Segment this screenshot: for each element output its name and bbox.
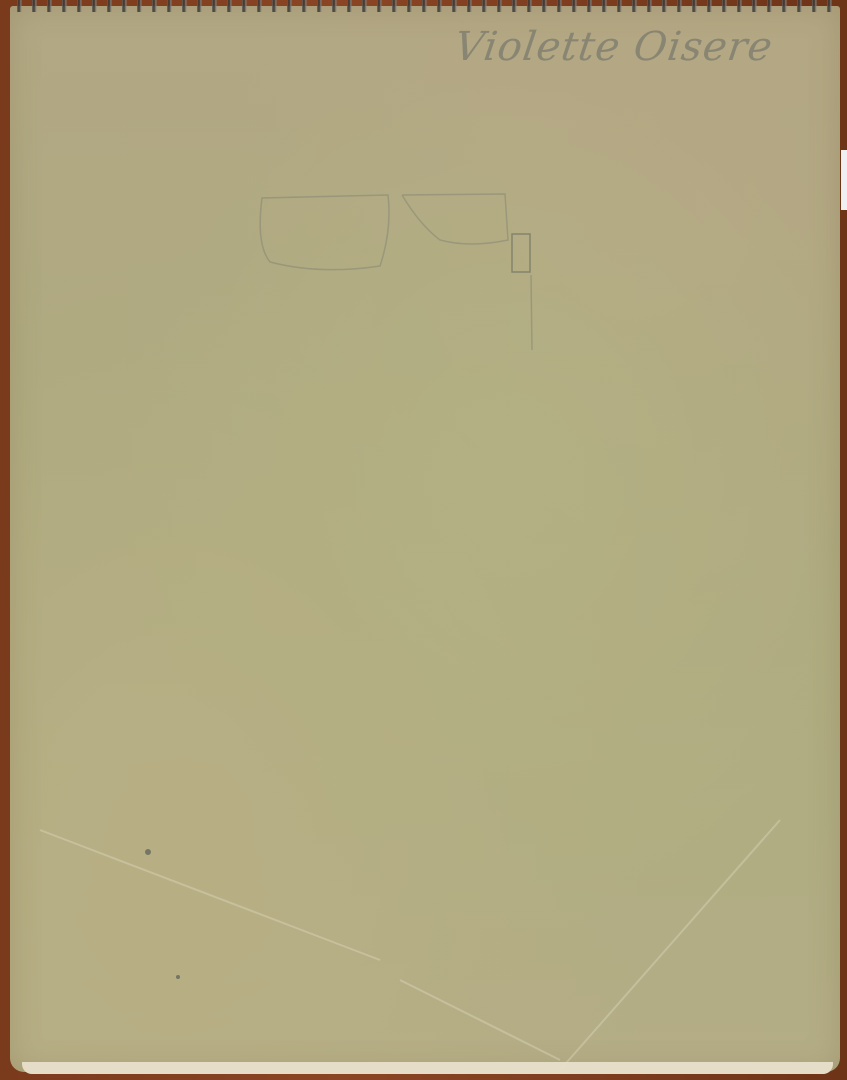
pencil-sketch [0,0,847,1080]
